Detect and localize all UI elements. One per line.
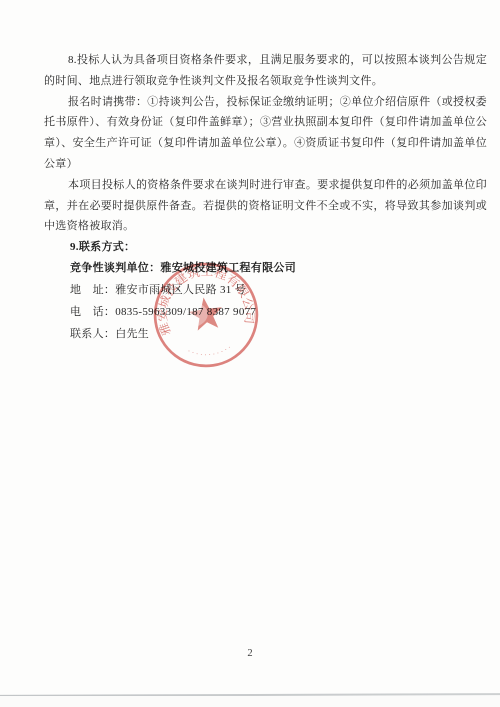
paragraph-review-notice: 本项目投标人的资格条件要求在谈判时进行审查。要求提供复印件的必须加盖单位印章，并… bbox=[44, 175, 487, 237]
document-page: 8.投标人认为具备项目资格条件要求，且满足服务要求的，可以按照本谈判公告规定的时… bbox=[0, 0, 500, 707]
paragraph-registration-items: 报名时请携带：①持谈判公告，投标保证金缴纳证明；②单位介绍信原件（或授权委托书原… bbox=[44, 92, 487, 175]
page-number: 2 bbox=[0, 648, 500, 659]
stamp-bottom-marks: ··········· bbox=[186, 343, 233, 362]
contact-person-line: 联系人：白先生 bbox=[44, 323, 487, 345]
contact-address-line: 地 址：雅安市雨城区人民路 31 号 bbox=[44, 279, 487, 301]
paragraph-8-qualification: 8.投标人认为具备项目资格条件要求，且满足服务要求的，可以按照本谈判公告规定的时… bbox=[44, 50, 487, 92]
document-body: 8.投标人认为具备项目资格条件要求，且满足服务要求的，可以按照本谈判公告规定的时… bbox=[44, 50, 487, 345]
section-9-heading: 9.联系方式： bbox=[44, 237, 487, 258]
seal-bottom-marks-holder: ··········· bbox=[186, 343, 233, 362]
contact-unit-line: 竞争性谈判单位：雅安城投建筑工程有限公司 bbox=[44, 258, 487, 279]
scanner-bed-area bbox=[0, 696, 500, 707]
contact-phone-line: 电 话：0835-5963309/187 8387 9077 bbox=[44, 301, 487, 323]
